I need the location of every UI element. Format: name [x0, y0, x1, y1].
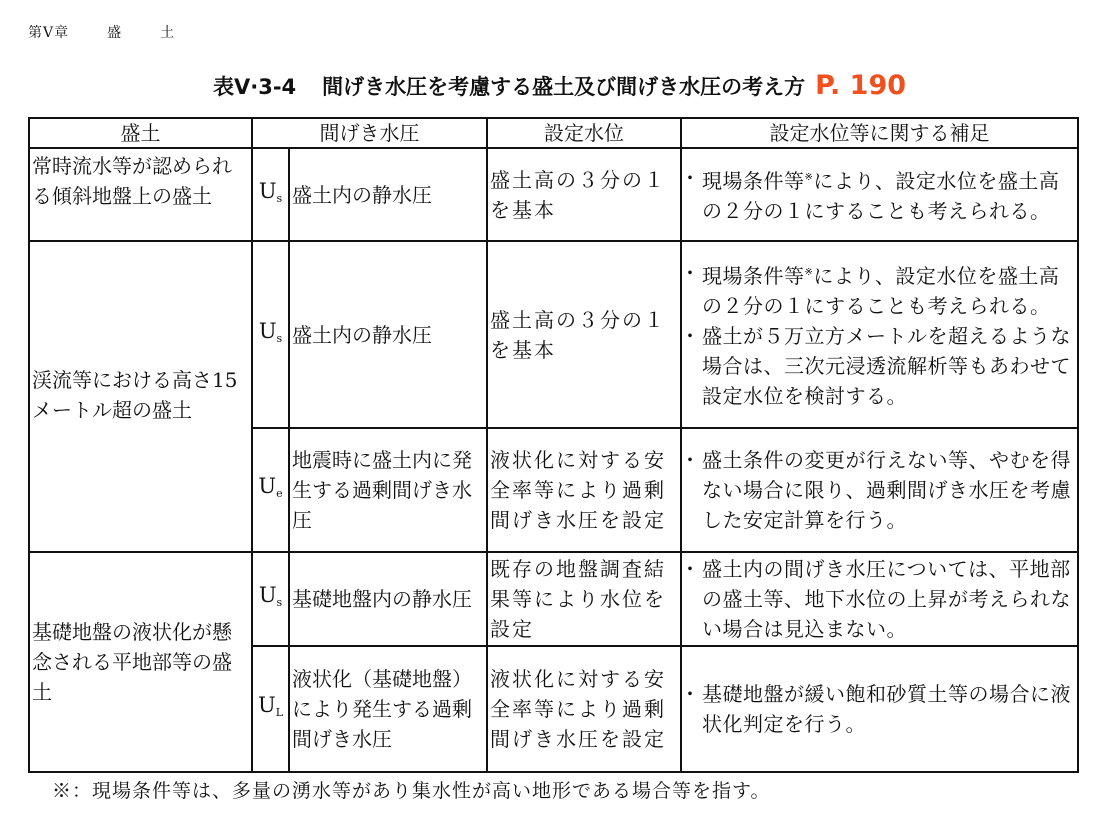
table-title-text: 間げき水圧を考慮する盛土及び間げき水圧の考え方	[322, 75, 805, 99]
note-item: 現場条件等※により、設定水位を盛土高の２分の１にすることも考えられる。	[684, 258, 1075, 321]
symbol-cell: UL	[252, 646, 289, 772]
chapter-name-1: 盛	[107, 25, 122, 41]
header-notes: 設定水位等に関する補足	[681, 118, 1078, 148]
mori-cell: 渓流等における高さ15メートル超の盛土	[29, 241, 252, 552]
pressure-kind-cell: 地震時に盛土内に発生する過剰間げき水圧	[289, 428, 487, 552]
pressure-kind-cell: 盛土内の静水圧	[289, 148, 487, 241]
symbol-cell: Us	[252, 552, 289, 646]
table-row: 常時流水等が認められる傾斜地盤上の盛土 Us 盛土内の静水圧 盛土高の３分の１を…	[29, 148, 1078, 241]
note-item: 盛土内の間げき水圧については、平地部の盛土等、地下水位の上昇が考えられない場合は…	[684, 554, 1075, 644]
symbol-cell: Us	[252, 241, 289, 428]
pressure-kind-cell: 基礎地盤内の静水圧	[289, 552, 487, 646]
notes-cell: 盛土内の間げき水圧については、平地部の盛土等、地下水位の上昇が考えられない場合は…	[681, 552, 1078, 646]
set-level-cell: 盛土高の３分の１を基本	[487, 148, 681, 241]
set-level-cell: 既存の地盤調査結果等により水位を設定	[487, 552, 681, 646]
pressure-kind-cell: 液状化（基礎地盤）により発生する過剰間げき水圧	[289, 646, 487, 772]
note-item: 現場条件等※により、設定水位を盛土高の２分の１にすることも考えられる。	[684, 163, 1075, 226]
mori-cell: 基礎地盤の液状化が懸念される平地部等の盛土	[29, 552, 252, 772]
footnote: ※：現場条件等は、多量の湧水等があり集水性が高い地形である場合等を指す。	[52, 776, 770, 803]
notes-cell: 基礎地盤が緩い飽和砂質土等の場合に液状化判定を行う。	[681, 646, 1078, 772]
note-item: 盛土が５万立方メートルを超えるような場合は、三次元浸透流解析等もあわせて設定水位…	[684, 321, 1075, 411]
table-row: 基礎地盤の液状化が懸念される平地部等の盛土 Us 基礎地盤内の静水圧 既存の地盤…	[29, 552, 1078, 646]
mori-cell: 常時流水等が認められる傾斜地盤上の盛土	[29, 148, 252, 241]
chapter-label: 第Ⅴ章	[28, 25, 69, 41]
pore-water-pressure-table: 盛土 間げき水圧 設定水位 設定水位等に関する補足 常時流水等が認められる傾斜地…	[28, 117, 1079, 773]
header-mori: 盛土	[29, 118, 252, 148]
set-level-cell: 盛土高の３分の１を基本	[487, 241, 681, 428]
table-title: 表Ⅴ·3-4間げき水圧を考慮する盛土及び間げき水圧の考え方	[213, 71, 805, 101]
header-set-level: 設定水位	[487, 118, 681, 148]
table-number: 表Ⅴ·3-4	[213, 75, 296, 99]
notes-cell: 現場条件等※により、設定水位を盛土高の２分の１にすることも考えられる。 盛土が５…	[681, 241, 1078, 428]
symbol-cell: Ue	[252, 428, 289, 552]
symbol-cell: Us	[252, 148, 289, 241]
header-pore-pressure: 間げき水圧	[252, 118, 487, 148]
pressure-kind-cell: 盛土内の静水圧	[289, 241, 487, 428]
set-level-cell: 液状化に対する安全率等により過剰間げき水圧を設定	[487, 646, 681, 772]
note-item: 基礎地盤が緩い飽和砂質土等の場合に液状化判定を行う。	[684, 679, 1075, 739]
page-reference: P. 190	[815, 70, 906, 101]
header-row: 盛土 間げき水圧 設定水位 設定水位等に関する補足	[29, 118, 1078, 148]
set-level-cell: 液状化に対する安全率等により過剰間げき水圧を設定	[487, 428, 681, 552]
notes-cell: 現場条件等※により、設定水位を盛土高の２分の１にすることも考えられる。	[681, 148, 1078, 241]
chapter-name-2: 土	[160, 25, 175, 41]
notes-cell: 盛土条件の変更が行えない等、やむを得ない場合に限り、過剰間げき水圧を考慮した安定…	[681, 428, 1078, 552]
note-item: 盛土条件の変更が行えない等、やむを得ない場合に限り、過剰間げき水圧を考慮した安定…	[684, 445, 1075, 535]
table-title-row: 表Ⅴ·3-4間げき水圧を考慮する盛土及び間げき水圧の考え方 P. 190	[213, 70, 906, 104]
table-row: 渓流等における高さ15メートル超の盛土 Us 盛土内の静水圧 盛土高の３分の１を…	[29, 241, 1078, 428]
chapter-header: 第Ⅴ章盛土	[28, 22, 175, 42]
